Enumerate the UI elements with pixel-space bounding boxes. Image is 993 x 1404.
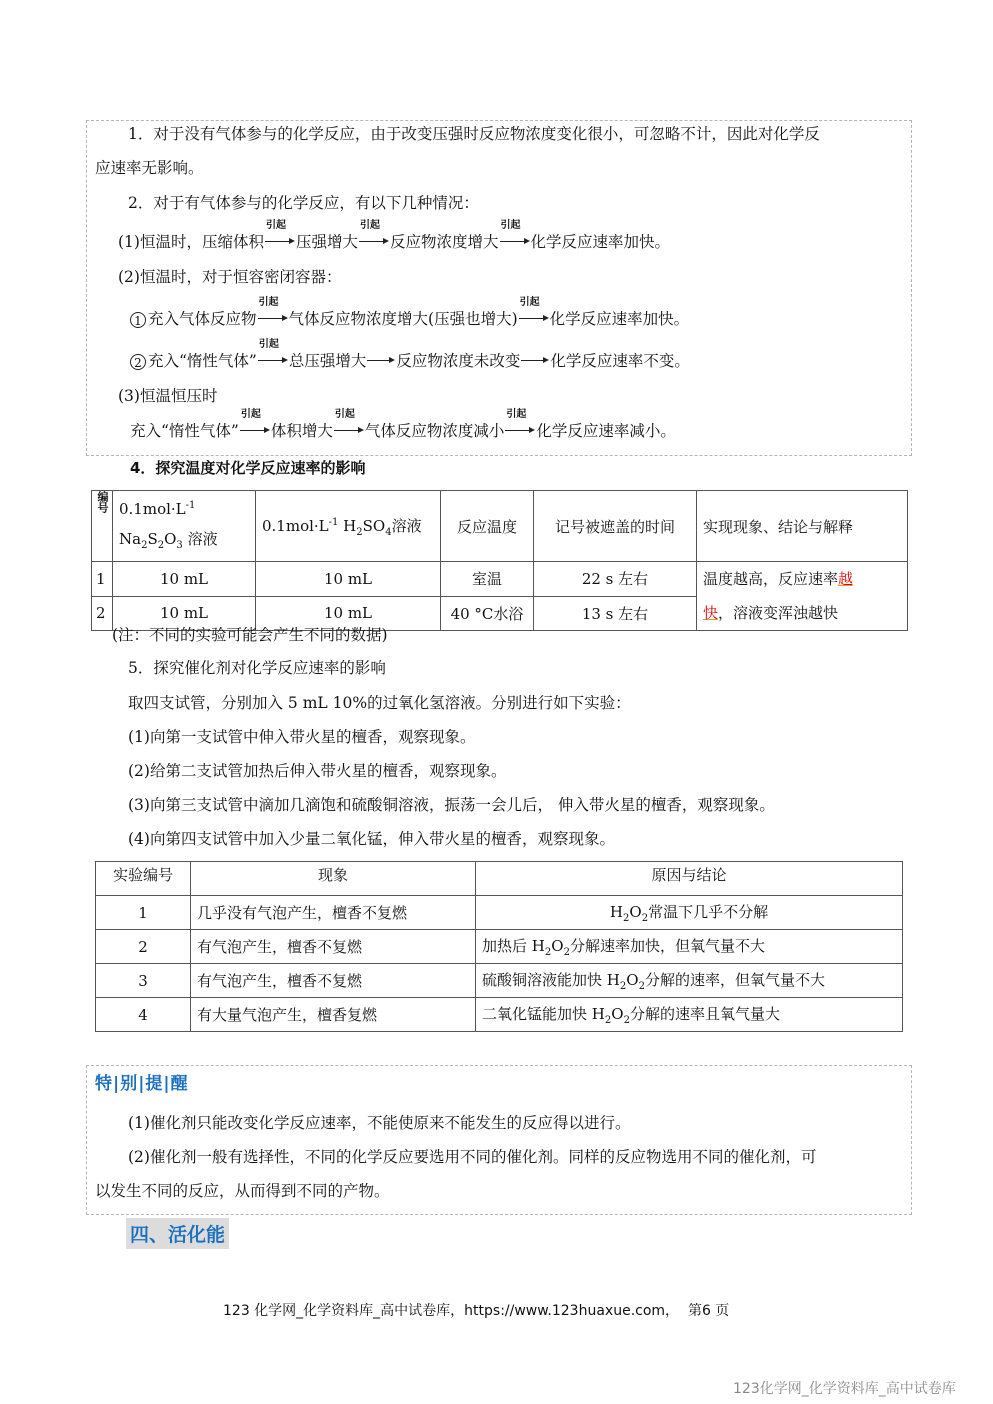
row-no: 1 — [92, 562, 113, 597]
table-row: 1 几乎没有气泡产生，檀香不复燃 H2O2常温下几乎不分解 — [96, 896, 903, 930]
header-phenomenon: 现象 — [191, 862, 476, 896]
case-2b-step-2: 反应物浓度未改变 — [396, 352, 520, 370]
table-row: 4 有大量气泡产生，檀香复燃 二氧化锰能加快 H2O2分解的速率且氧气量大 — [96, 998, 903, 1032]
section-heading-activation-energy: 四、活化能 — [126, 1218, 229, 1249]
header-na2s2o3: 0.1mol·L-1 Na2S2O3 溶液 — [113, 491, 256, 562]
case-1-prefix: (1)恒温时，压缩体积 — [118, 233, 264, 251]
paragraph-2: 2．对于有气体参与的化学反应，有以下几种情况： — [128, 193, 479, 213]
temperature-experiment-table: 编号 0.1mol·L-1 Na2S2O3 溶液 0.1mol·L-1 H2SO… — [91, 490, 908, 631]
row-reason: 硫酸铜溶液能加快 H2O2分解的速率，但氧气量不大 — [476, 964, 903, 998]
paragraph-1-line-2: 应速率无影响。 — [95, 158, 204, 178]
header-temperature: 反应温度 — [441, 491, 534, 562]
catalyst-experiment-table: 实验编号 现象 原因与结论 1 几乎没有气泡产生，檀香不复燃 H2O2常温下几乎… — [95, 861, 903, 1032]
reminder-point-1: (1)催化剂只能改变化学反应速率，不能使原来不能发生的反应得以进行。 — [128, 1113, 630, 1133]
arrow-icon: 引起 — [519, 310, 549, 324]
arrow-icon: 引起 — [359, 233, 389, 247]
arrow-icon: 引起 — [258, 310, 288, 324]
case-2a-step-1: 气体反应物浓度增大(压强也增大) — [289, 310, 518, 328]
row-no: 1 — [96, 896, 191, 930]
section-5-title: 5．探究催化剂对化学反应速率的影响 — [128, 658, 386, 678]
header-time: 记号被遮盖的时间 — [534, 491, 697, 562]
section-5-step-4: (4)向第四支试管中加入少量二氧化锰，伸入带火星的檀香，观察现象。 — [128, 829, 615, 849]
reminder-point-2-line-2: 以发生不同的反应，从而得到不同的产物。 — [95, 1181, 390, 1201]
arrow-icon — [521, 352, 549, 366]
arrow-icon — [367, 352, 395, 366]
header-conclusion: 实现现象、结论与解释 — [697, 491, 908, 562]
case-2b-line: 2充入“惰性气体”引起总压强增大反应物浓度未改变化学反应速率不变。 — [130, 351, 690, 371]
row-reason: 二氧化锰能加快 H2O2分解的速率且氧气量大 — [476, 998, 903, 1032]
case-2a-step-2: 化学反应速率加快。 — [550, 310, 690, 328]
row-phenomenon: 有气泡产生，檀香不复燃 — [191, 964, 476, 998]
row-no: 3 — [96, 964, 191, 998]
row-reason: H2O2常温下几乎不分解 — [476, 896, 903, 930]
header-reason: 原因与结论 — [476, 862, 903, 896]
row-no: 2 — [92, 596, 113, 631]
arrow-icon: 引起 — [258, 352, 288, 366]
row-phenomenon: 几乎没有气泡产生，檀香不复燃 — [191, 896, 476, 930]
case-2b-prefix: 充入“惰性气体” — [148, 352, 257, 370]
row-no: 4 — [96, 998, 191, 1032]
case-1-step-1: 压强增大 — [296, 233, 358, 251]
section-5-step-1: (1)向第一支试管中伸入带火星的檀香，观察现象。 — [128, 727, 475, 747]
row-no: 2 — [96, 930, 191, 964]
case-2b-step-3: 化学反应速率不变。 — [550, 352, 690, 370]
case-3-line: 充入“惰性气体”引起体积增大引起气体反应物浓度减小引起化学反应速率减小。 — [130, 421, 676, 441]
header-experiment-no: 实验编号 — [96, 862, 191, 896]
table-row: 3 有气泡产生，檀香不复燃 硫酸铜溶液能加快 H2O2分解的速率，但氧气量不大 — [96, 964, 903, 998]
row-temp: 40 °C水浴 — [441, 596, 534, 631]
row-h2so4: 10 mL — [256, 562, 441, 597]
paragraph-1-line-1: 1．对于没有气体参与的化学反应，由于改变压强时反应物浓度变化很小，可忽略不计，因… — [128, 124, 820, 144]
circled-number-icon: 2 — [130, 354, 146, 370]
case-3-prefix: 充入“惰性气体” — [130, 422, 239, 440]
row-time: 13 s 左右 — [534, 596, 697, 631]
case-2b-step-1: 总压强增大 — [289, 352, 367, 370]
section-4-note: (注：不同的实验可能会产生不同的数据) — [112, 625, 388, 645]
reminder-point-2-line-1: (2)催化剂一般有选择性，不同的化学反应要选用不同的催化剂。同样的反应物选用不同… — [128, 1147, 816, 1167]
case-3-step-2: 气体反应物浓度减小 — [365, 422, 505, 440]
page-footer: 123 化学网_化学资料库_高中试卷库，https://www.123huaxu… — [223, 1300, 729, 1320]
table-row: 1 10 mL 10 mL 室温 22 s 左右 温度越高，反应速率越快，溶液变… — [92, 562, 908, 597]
case-1-step-2: 反应物浓度增大 — [390, 233, 499, 251]
case-3-title: (3)恒温恒压时 — [118, 386, 217, 406]
section-5-step-2: (2)给第二支试管加热后伸入带火星的檀香，观察现象。 — [128, 761, 506, 781]
table-header-row: 实验编号 现象 原因与结论 — [96, 862, 903, 896]
row-na2s2o3: 10 mL — [113, 562, 256, 597]
row-temp: 室温 — [441, 562, 534, 597]
circled-number-icon: 1 — [130, 312, 146, 328]
row-phenomenon: 有大量气泡产生，檀香复燃 — [191, 998, 476, 1032]
case-2a-prefix: 充入气体反应物 — [148, 310, 257, 328]
arrow-icon: 引起 — [500, 233, 530, 247]
case-2-title: (2)恒温时，对于恒容密闭容器： — [118, 267, 341, 287]
row-time: 22 s 左右 — [534, 562, 697, 597]
table-row: 2 有气泡产生，檀香不复燃 加热后 H2O2分解速率加快，但氧气量不大 — [96, 930, 903, 964]
section-5-step-3: (3)向第三支试管中滴加几滴饱和硫酸铜溶液，振荡一会儿后， 伸入带火星的檀香，观… — [128, 795, 775, 815]
row-phenomenon: 有气泡产生，檀香不复燃 — [191, 930, 476, 964]
reminder-title: 特|别|提|醒 — [95, 1074, 189, 1094]
arrow-icon: 引起 — [334, 422, 364, 436]
arrow-icon: 引起 — [265, 233, 295, 247]
case-3-step-3: 化学反应速率减小。 — [536, 422, 676, 440]
arrow-icon: 引起 — [240, 422, 270, 436]
arrow-icon: 引起 — [505, 422, 535, 436]
header-no: 编号 — [92, 491, 113, 562]
header-h2so4: 0.1mol·L-1 H2SO4溶液 — [256, 491, 441, 562]
case-1-line: (1)恒温时，压缩体积引起压强增大引起反应物浓度增大引起化学反应速率加快。 — [118, 232, 670, 252]
row-reason: 加热后 H2O2分解速率加快，但氧气量不大 — [476, 930, 903, 964]
watermark: 123化学网_化学资料库_高中试卷库 — [733, 1378, 956, 1398]
case-1-step-3: 化学反应速率加快。 — [531, 233, 671, 251]
case-2a-line: 1充入气体反应物引起气体反应物浓度增大(压强也增大)引起化学反应速率加快。 — [130, 309, 689, 329]
section-4-title: 4．探究温度对化学反应速率的影响 — [130, 458, 365, 478]
section-5-intro: 取四支试管，分别加入 5 mL 10%的过氧化氢溶液。分别进行如下实验： — [128, 693, 631, 713]
case-3-step-1: 体积增大 — [271, 422, 333, 440]
conclusion-cell: 温度越高，反应速率越快，溶液变浑浊越快 — [697, 562, 908, 631]
